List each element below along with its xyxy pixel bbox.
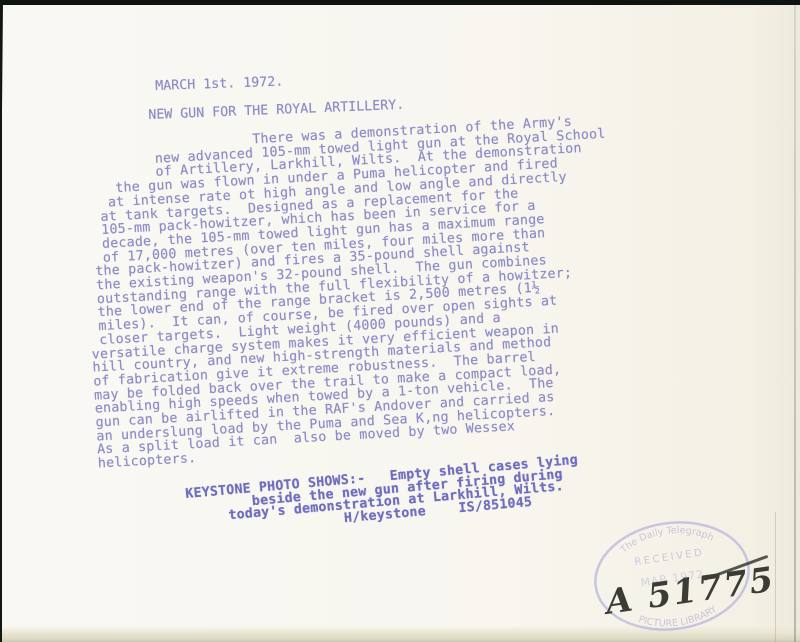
stamp-received-text: RECEIVED [634,547,705,568]
paper-right-edge [794,5,796,642]
photo-back-scan: { "doc": { "date_line": "MARCH 1st. 1972… [0,0,800,642]
scan-left-corner-shadow [0,0,3,110]
caption-body: There was a demonstration of the Army's … [80,114,623,472]
